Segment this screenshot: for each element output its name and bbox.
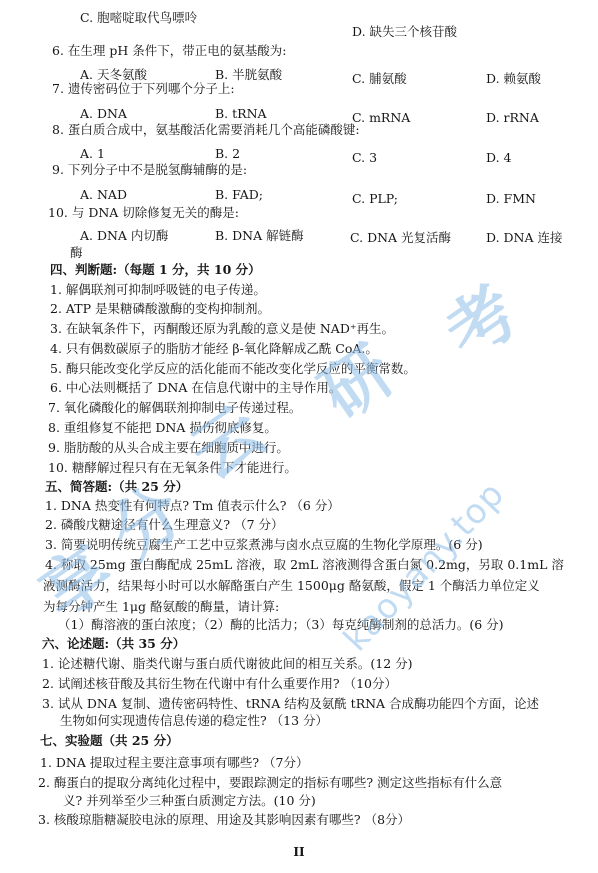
watermark-char: 考 [423, 259, 534, 377]
short-answer-item-cont: 为每分钟产生 1μg 酪氨酸的酶量，请计算: [43, 599, 279, 615]
q9-option-c: C. PLP; [352, 191, 398, 207]
lab-item: 1. DNA 提取过程主要注意事项有哪些? （7分） [40, 755, 309, 771]
q5-option-d: D. 缺失三个核苷酸 [352, 24, 457, 40]
q8-option-c: C. 3 [352, 150, 377, 166]
judge-item: 2. ATP 是果糖磷酸激酶的变构抑制剂。 [50, 301, 270, 317]
q10-option-c: C. DNA 光复活酶 [350, 230, 451, 246]
short-answer-item: 3. 简要说明传统豆腐生产工艺中豆浆煮沸与卤水点豆腐的生物化学原理。(6 分) [45, 537, 483, 553]
q8-option-d: D. 4 [486, 150, 511, 166]
exam-page: C. 胞嘧啶取代鸟嘌呤 D. 缺失三个核苷酸 6. 在生理 pH 条件下，带正电… [0, 0, 598, 873]
section6-title: 六、论述题:（共 35 分） [42, 636, 185, 652]
q10-option-d-wrap: 酶 [70, 245, 83, 261]
judge-item: 4. 只有偶数碳原子的脂肪才能经 β-氧化降解成乙酰 CoA.。 [50, 341, 378, 357]
q7-stem: 7. 遗传密码位于下列哪个分子上: [52, 81, 235, 97]
short-answer-item: 4. 称取 25mg 蛋白酶配成 25mL 溶液，取 2mL 溶液测得含蛋白氮 … [45, 557, 564, 573]
short-answer-item-cont: 液测酶活力，结果每小时可以水解酪蛋白产生 1500μg 酪氨酸，假定 1 个酶活… [43, 578, 540, 594]
q9-option-d: D. FMN [486, 191, 536, 207]
q6-stem: 6. 在生理 pH 条件下，带正电的氨基酸为: [52, 43, 286, 59]
judge-item: 6. 中心法则概括了 DNA 在信息代谢中的主导作用。 [50, 380, 341, 396]
q10-stem: 10. 与 DNA 切除修复无关的酶是: [48, 205, 239, 221]
judge-item: 9. 脂肪酸的从头合成主要在细胞质中进行。 [48, 440, 289, 456]
short-answer-item: 2. 磷酸戊糖途径有什么生理意义? （7 分） [45, 517, 284, 533]
q8-option-b: B. 2 [215, 146, 240, 162]
judge-item: 10. 糖酵解过程只有在无氧条件下才能进行。 [48, 460, 297, 476]
q7-option-c: C. mRNA [352, 110, 410, 126]
essay-item-cont: 生物如何实现遗传信息传递的稳定性? （13 分） [60, 713, 328, 729]
short-answer-subparts: （1）酶溶液的蛋白浓度；（2）酶的比活力；（3）每克纯酶制剂的总活力。(6 分) [58, 617, 504, 633]
q9-option-b: B. FAD; [215, 187, 263, 203]
q5-option-c: C. 胞嘧啶取代鸟嘌呤 [80, 10, 197, 26]
essay-item: 1. 论述糖代谢、脂类代谢与蛋白质代谢彼此间的相互关系。(12 分) [42, 656, 413, 672]
lab-item: 3. 核酸琼脂糖凝胶电泳的原理、用途及其影响因素有哪些? （8分） [38, 812, 410, 828]
q6-option-c: C. 脯氨酸 [352, 71, 407, 87]
q10-option-d: D. DNA 连接 [486, 230, 562, 246]
judge-item: 1. 解偶联剂可抑制呼吸链的电子传递。 [50, 282, 266, 298]
section5-title: 五、简答题:（共 25 分） [45, 479, 188, 495]
watermark-char: 研 [298, 319, 409, 437]
essay-item: 2. 试阐述核苷酸及其衍生物在代谢中有什么重要作用? （10分） [42, 676, 397, 692]
short-answer-item: 1. DNA 热变性有何特点? Tm 值表示什么? （6 分） [45, 498, 340, 514]
lab-item: 2. 酶蛋白的提取分离纯化过程中，要跟踪测定的指标有哪些? 测定这些指标有什么意 [38, 775, 502, 791]
q7-option-a: A. DNA [80, 106, 127, 122]
q9-stem: 9. 下列分子中不是脱氢酶辅酶的是: [52, 162, 247, 178]
lab-item-cont: 义? 并列举至少三种蛋白质测定方法。(10 分) [63, 793, 316, 809]
judge-item: 5. 酶只能改变化学反应的活化能而不能改变化学反应的平衡常数。 [50, 361, 416, 377]
section4-title: 四、判断题:（每题 1 分，共 10 分） [50, 262, 261, 278]
q9-option-a: A. NAD [80, 187, 127, 203]
q6-option-d: D. 赖氨酸 [486, 71, 541, 87]
q8-stem: 8. 蛋白质合成中，氨基酸活化需要消耗几个高能磷酸键: [52, 122, 360, 138]
q7-option-b: B. tRNA [215, 106, 267, 122]
q7-option-d: D. rRNA [486, 110, 539, 126]
judge-item: 7. 氧化磷酸化的解偶联剂抑制电子传递过程。 [48, 400, 301, 416]
q10-option-b: B. DNA 解链酶 [215, 228, 304, 244]
essay-item: 3. 试从 DNA 复制、遗传密码特性、tRNA 结构及氨酰 tRNA 合成酶功… [42, 696, 539, 712]
q10-option-a: A. DNA 内切酶 [80, 228, 168, 244]
judge-item: 8. 重组修复不能把 DNA 损伤彻底修复。 [48, 420, 277, 436]
q8-option-a: A. 1 [80, 146, 105, 162]
judge-item: 3. 在缺氧条件下，丙酮酸还原为乳酸的意义是使 NAD⁺再生。 [50, 321, 394, 337]
page-number: II [0, 845, 598, 859]
section7-title: 七、实验题（共 25 分） [40, 733, 179, 749]
